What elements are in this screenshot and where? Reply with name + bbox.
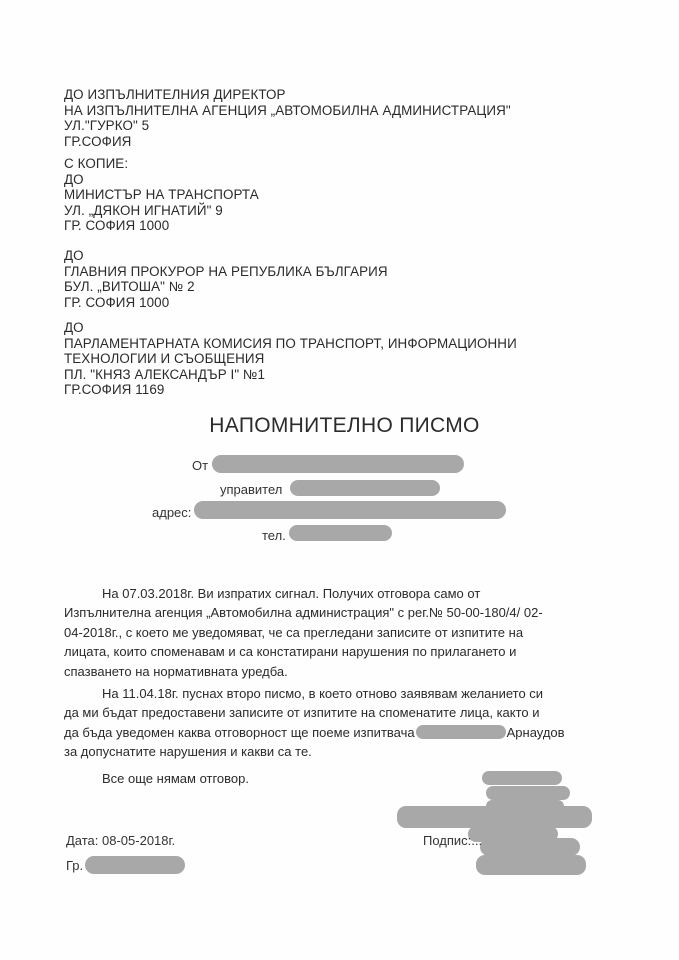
copy-line: ДО [64, 248, 388, 264]
copy-line: УЛ. „ДЯКОН ИГНАТИЙ" 9 [64, 203, 259, 219]
copy-recipient-commission: ДО ПАРЛАМЕНТАРНАТА КОМИСИЯ ПО ТРАНСПОРТ,… [64, 320, 517, 398]
copy-line: МИНИСТЪР НА ТРАНСПОРТА [64, 187, 259, 203]
signature-label: Подпис:... [423, 833, 482, 848]
copies-heading-block: С КОПИЕ: ДО МИНИСТЪР НА ТРАНСПОРТА УЛ. „… [64, 156, 259, 234]
copy-line: ДО [64, 172, 259, 188]
text-line: да бъда уведомен каква отговорност ще по… [64, 723, 624, 742]
city-label: Гр. [66, 858, 83, 873]
phone-label: тел. [262, 528, 286, 543]
text-line: 04-2018г., с което ме уведомяват, че са … [64, 623, 624, 642]
text-line: спазването на нормативната уредба. [64, 662, 624, 681]
copies-heading: С КОПИЕ: [64, 156, 259, 172]
addressee-line: УЛ."ГУРКО" 5 [64, 118, 511, 134]
copy-line: ГР. СОФИЯ 1000 [64, 295, 388, 311]
redaction-from [212, 455, 464, 473]
redaction-phone [289, 525, 392, 541]
copy-line: ПЛ. "КНЯЗ АЛЕКСАНДЪР I" №1 [64, 367, 517, 383]
copy-recipient-prosecutor: ДО ГЛАВНИЯ ПРОКУРОР НА РЕПУБЛИКА БЪЛГАРИ… [64, 248, 388, 310]
text-line: На 07.03.2018г. Ви изпратих сигнал. Полу… [64, 584, 624, 603]
redaction-city [85, 856, 185, 874]
redaction-examiner-name [416, 725, 506, 739]
redaction-address [194, 501, 506, 519]
main-addressee: ДО ИЗПЪЛНИТЕЛНИЯ ДИРЕКТОР НА ИЗПЪЛНИТЕЛН… [64, 87, 511, 149]
date-text: Дата: 08-05-2018г. [66, 833, 175, 848]
text-line: лицата, които споменавам и са констатира… [64, 642, 624, 661]
redaction-signature-4 [397, 806, 592, 828]
redaction-signature-7 [476, 855, 586, 875]
manager-label: управител [220, 482, 282, 497]
paragraph-1: На 07.03.2018г. Ви изпратих сигнал. Полу… [64, 584, 624, 681]
addressee-line: НА ИЗПЪЛНИТЕЛНА АГЕНЦИЯ „АВТОМОБИЛНА АДМ… [64, 103, 511, 119]
copy-line: ГЛАВНИЯ ПРОКУРОР НА РЕПУБЛИКА БЪЛГАРИЯ [64, 264, 388, 280]
letter-title: НАПОМНИТЕЛНО ПИСМО [0, 414, 679, 438]
text-segment: Арнаудов [507, 725, 565, 740]
redaction-manager [290, 480, 440, 496]
from-label: От [192, 458, 208, 473]
addressee-line: ГР.СОФИЯ [64, 134, 511, 150]
redaction-signature-2 [486, 786, 570, 800]
redaction-signature-6 [480, 838, 580, 856]
paragraph-2: На 11.04.18г. пуснах второ писмо, в коет… [64, 684, 624, 762]
copy-line: ПАРЛАМЕНТАРНАТА КОМИСИЯ ПО ТРАНСПОРТ, ИН… [64, 336, 517, 352]
addressee-line: ДО ИЗПЪЛНИТЕЛНИЯ ДИРЕКТОР [64, 87, 511, 103]
text-segment: да бъда уведомен каква отговорност ще по… [64, 725, 415, 740]
text-line: Изпълнителна агенция „Автомобилна админи… [64, 603, 624, 622]
copy-line: ГР.СОФИЯ 1169 [64, 382, 517, 398]
copy-line: ДО [64, 320, 517, 336]
copy-line: ТЕХНОЛОГИИ И СЪОБЩЕНИЯ [64, 351, 517, 367]
copy-line: БУЛ. „ВИТОША" № 2 [64, 279, 388, 295]
text-line: за допуснатите нарушения и какви са те. [64, 742, 624, 761]
copy-line: ГР. СОФИЯ 1000 [64, 218, 259, 234]
text-line: да ми бъдат предоставени записите от изп… [64, 703, 624, 722]
redaction-signature-1 [482, 771, 562, 785]
address-label: адрес: [152, 505, 191, 520]
scanned-letter-page: ДО ИЗПЪЛНИТЕЛНИЯ ДИРЕКТОР НА ИЗПЪЛНИТЕЛН… [0, 0, 679, 960]
text-line: На 11.04.18г. пуснах второ писмо, в коет… [64, 684, 624, 703]
